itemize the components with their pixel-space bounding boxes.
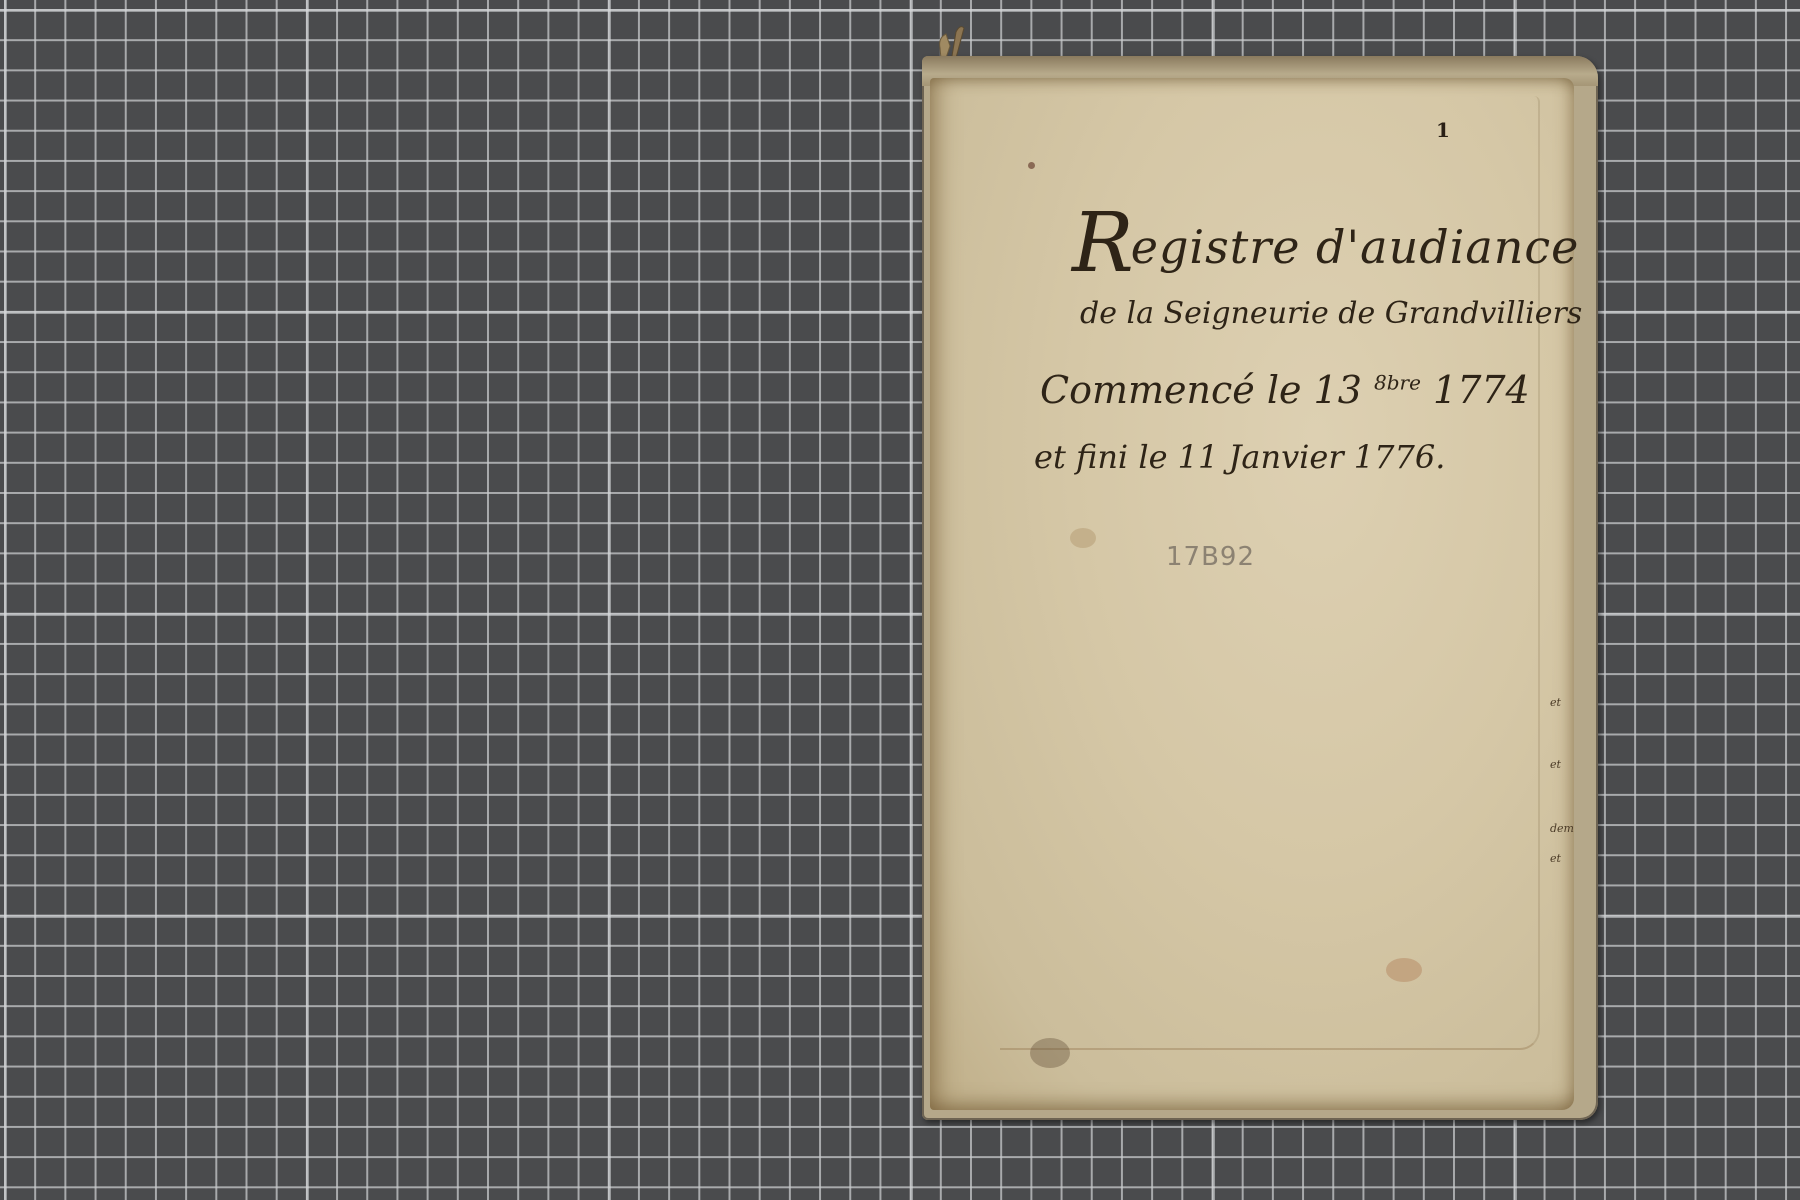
commence-month: 8bre [1374,370,1421,394]
page-number: 1 [1436,118,1450,142]
archive-shelfmark: 17B92 [1166,542,1255,572]
stain [1070,528,1096,548]
margin-note: et [1550,696,1561,709]
register-book: 1 Registre d'audiance de la Seigneurie d… [922,56,1598,1120]
margin-note: dem [1550,822,1574,835]
ink-spot [1028,162,1035,169]
margin-note: et [1550,758,1561,771]
commence-year: 1774 [1433,368,1530,412]
title-line-seigneurie: de la Seigneurie de Grandvilliers [1080,296,1582,331]
title-line-registre: Registre d'audiance [1072,188,1579,283]
stain [1386,958,1422,982]
title-line-commence: Commencé le 13 8bre 1774 [1040,368,1530,412]
title-text: egistre d'audiance [1131,220,1580,274]
cover-page: 1 Registre d'audiance de la Seigneurie d… [930,78,1574,1110]
margin-note: et [1550,852,1561,865]
title-line-fini: et fini le 11 Janvier 1776. [1034,438,1445,476]
title-initial: R [1072,196,1135,291]
commence-text: Commencé le 13 [1040,368,1362,412]
stain [1030,1038,1070,1068]
